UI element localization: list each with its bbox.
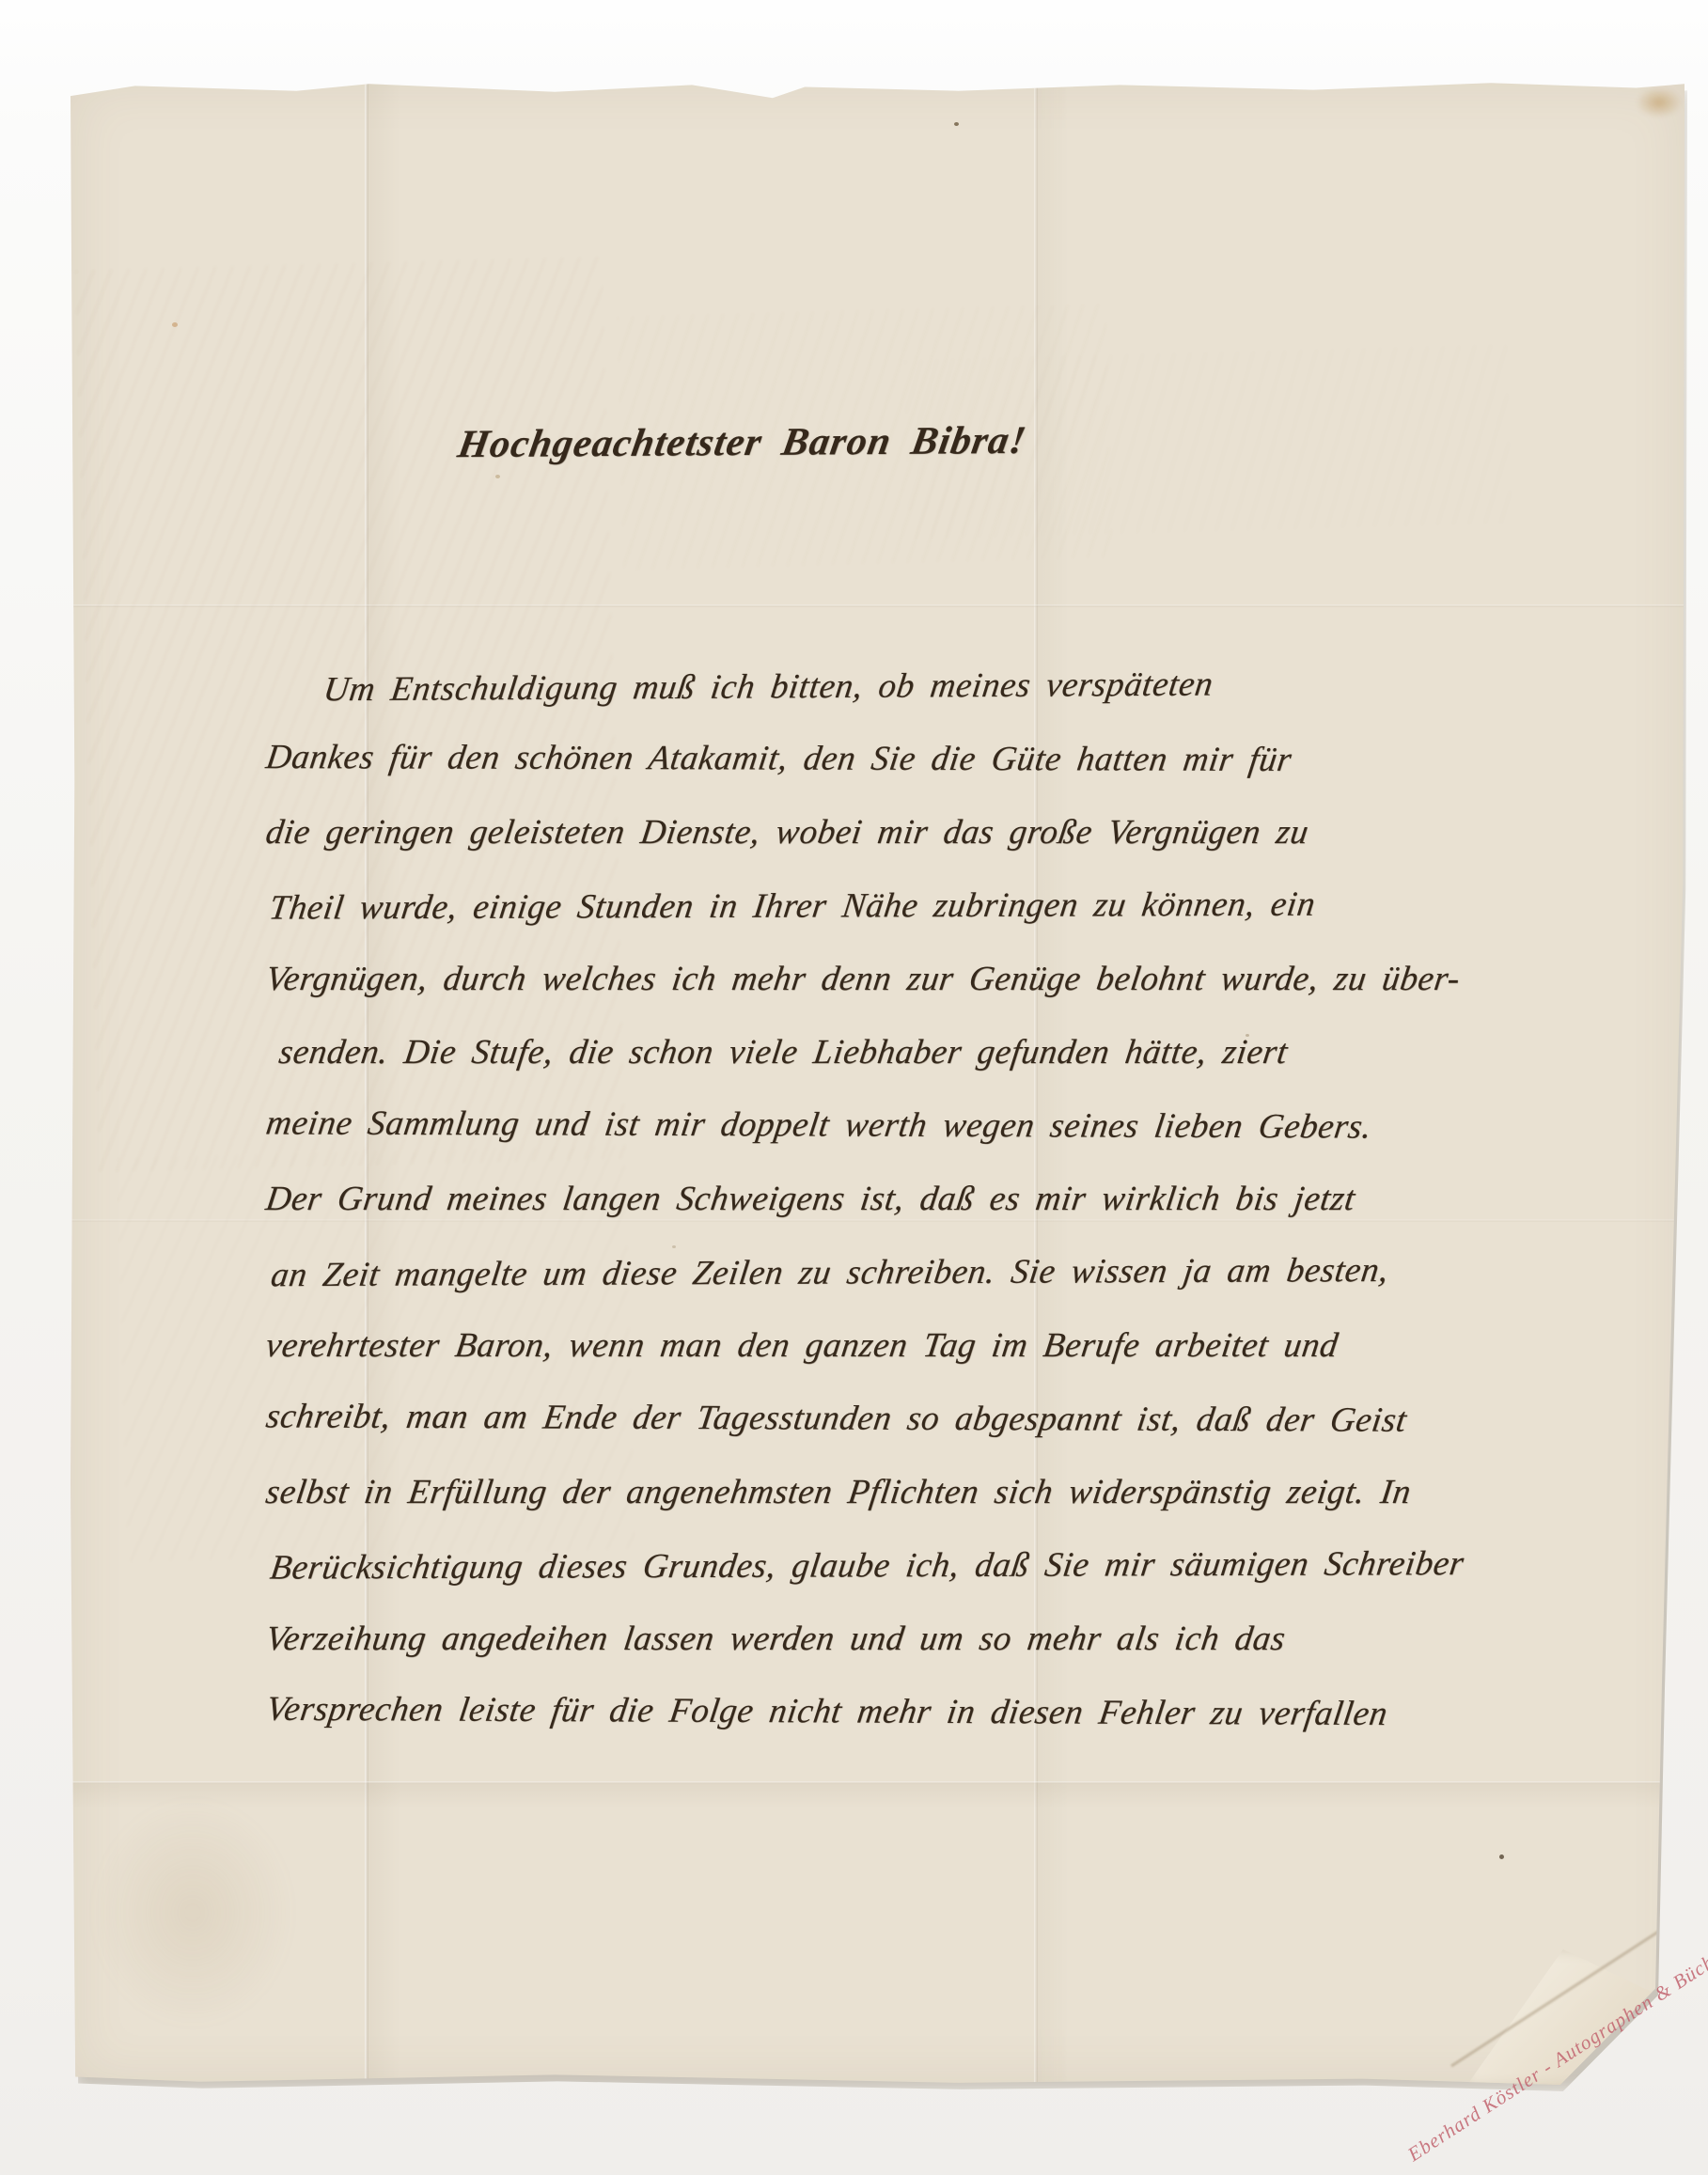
foxing-speck <box>495 475 500 478</box>
scanned-letter-background: Hochgeachtetster Baron Bibra! Um Entschu… <box>0 0 1708 2175</box>
handwriting-line: senden. Die Stufe, die schon viele Liebh… <box>274 1016 1653 1089</box>
handwriting-line: Vergnügen, durch welches ich mehr denn z… <box>261 943 1653 1016</box>
handwriting-line: Der Grund meines langen Schweigens ist, … <box>261 1163 1653 1236</box>
handwriting-line: Verzeihung angedeihen lassen werden und … <box>261 1603 1653 1676</box>
handwriting-line: meine Sammlung und ist mir doppelt werth… <box>261 1087 1653 1165</box>
folded-corner <box>1465 1949 1679 2089</box>
foxing-speck <box>1499 1854 1504 1859</box>
handwriting-line: an Zeit mangelte um diese Zeilen zu schr… <box>266 1233 1653 1312</box>
handwriting-line: die geringen geleisteten Dienste, wobei … <box>261 796 1653 869</box>
handwriting-line: verehrtester Baron, wenn man den ganzen … <box>261 1309 1653 1383</box>
letter-body: Um Entschuldigung muß ich bitten, ob mei… <box>266 649 1648 1749</box>
age-blotch <box>61 1762 324 2063</box>
salutation-line: Hochgeachtetster Baron Bibra! <box>455 418 1030 467</box>
horizontal-fold-shading <box>71 1784 1684 1808</box>
handwriting-line: Um Entschuldigung muß ich bitten, ob mei… <box>319 646 1653 728</box>
corner-stain <box>1628 82 1690 123</box>
handwriting-line: Versprechen leiste für die Folge nicht m… <box>261 1673 1653 1752</box>
handwriting-line: schreibt, man am Ende der Tagesstunden s… <box>261 1380 1653 1458</box>
handwriting-line: Theil wurde, einige Stunden in Ihrer Näh… <box>264 867 1653 945</box>
letter-page: Hochgeachtetster Baron Bibra! Um Entschu… <box>71 80 1684 2085</box>
foxing-speck <box>172 322 178 327</box>
handwriting-line: Dankes für den schönen Atakamit, den Sie… <box>261 721 1653 798</box>
foxing-speck <box>954 122 959 126</box>
handwriting-line: selbst in Erfüllung der angenehmsten Pfl… <box>261 1456 1653 1529</box>
handwriting-line: Berücksichtigung dieses Grundes, glaube … <box>265 1526 1653 1604</box>
